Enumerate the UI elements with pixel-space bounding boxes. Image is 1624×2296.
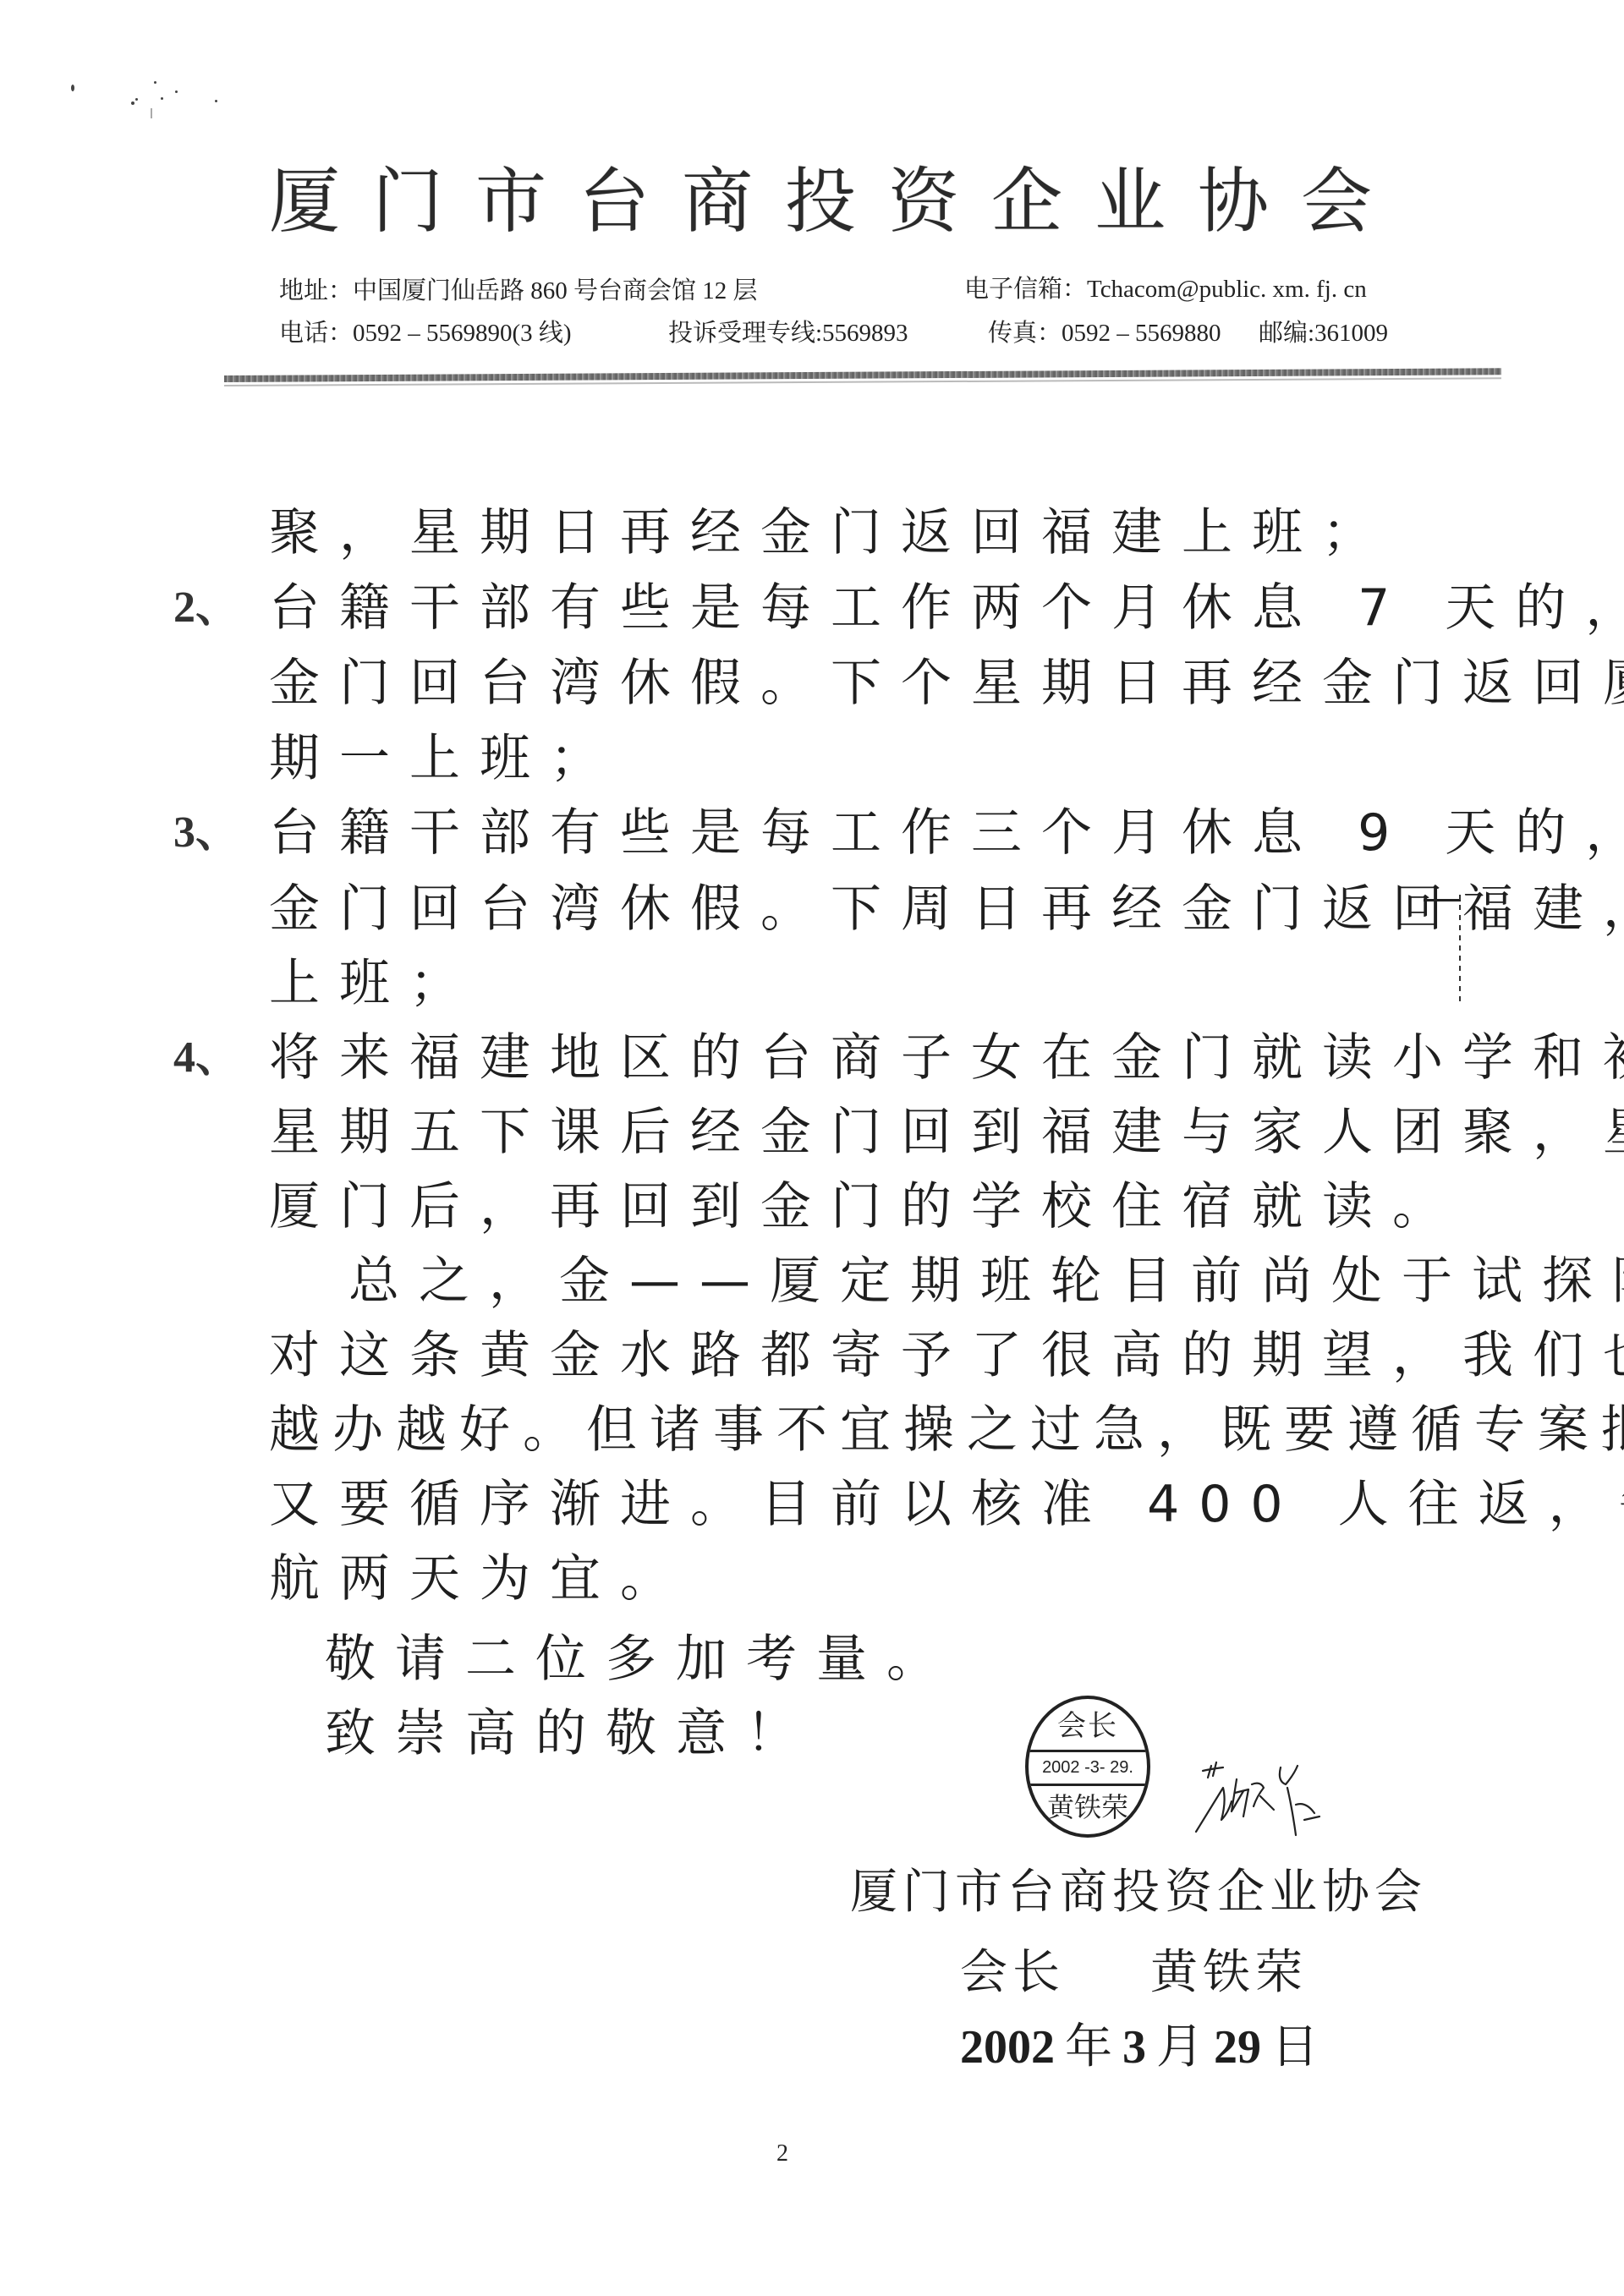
stamp-title: 会长 (1029, 1709, 1147, 1743)
scan-speck (71, 85, 74, 91)
signoff-role: 会长 (960, 1945, 1065, 2001)
closing-line: 致崇高的敬意！ (325, 1704, 816, 1763)
date-day: 29 (1214, 2021, 1261, 2074)
body-line: 又要循序渐进。目前以核准 400 人往返，每周五和周日直 (269, 1475, 1624, 1534)
stamp-name: 黄铁荣 (1029, 1790, 1147, 1824)
date-year: 2002 (960, 2021, 1055, 2074)
scan-speck (131, 101, 134, 105)
scan-speck (175, 90, 178, 93)
body-line: 台籍干部有些是每工作两个月休息 7 天的，可以在周日经 (269, 578, 1624, 638)
signoff-date: 2002年3月29日 (960, 2019, 1329, 2075)
body-line: 聚，星期日再经金门返回福建上班； (269, 503, 1392, 562)
scan-speck (154, 81, 156, 84)
scan-speck (151, 108, 152, 118)
signoff-name: 黄铁荣 (1150, 1945, 1308, 2001)
body-line: 厦门后，再回到金门的学校住宿就读。 (269, 1177, 1462, 1236)
stamp-date: 2002 -3- 29. (1029, 1755, 1147, 1780)
date-month-unit: 月 (1156, 2019, 1204, 2074)
page-number: 2 (776, 2140, 788, 2168)
body-line: 金门回台湾休假。下周日再经金门返回福建，准备星期一 (269, 879, 1624, 939)
letterhead-address: 地址：中国厦门仙岳路 860 号台商会馆 12 层 (279, 276, 758, 306)
date-year-unit: 年 (1065, 2019, 1112, 2074)
closing-line: 敬请二位多加考量。 (325, 1630, 957, 1689)
document-page: 厦门市台商投资企业协会 地址：中国厦门仙岳路 860 号台商会馆 12 层 电子… (0, 0, 1624, 2296)
letterhead-complaint-line: 投诉受理专线:5569893 (668, 318, 908, 348)
letterhead-phone: 电话：0592 – 5569890(3 线) (279, 318, 572, 348)
letterhead-postcode: 邮编:361009 (1259, 318, 1388, 348)
official-seal-stamp: 会长 2002 -3- 29. 黄铁荣 (1025, 1696, 1150, 1838)
margin-mark (1459, 895, 1461, 1005)
body-line: 金门回台湾休假。下个星期日再经金门返回厦门，准备星 (269, 654, 1624, 713)
stamp-divider (1029, 1750, 1147, 1752)
stamp-divider (1029, 1784, 1147, 1786)
body-line: 台籍干部有些是每工作三个月休息 9 天的，可以在周五经 (269, 803, 1624, 863)
letterhead-email: 电子信箱：Tchacom@public. xm. fj. cn (964, 274, 1367, 304)
signoff-organization: 厦门市台商投资企业协会 (850, 1865, 1427, 1921)
scan-speck (215, 100, 217, 102)
body-line: 总之，金——厦定期班轮目前尚处于试探阶段，两岸 (348, 1252, 1624, 1311)
body-line: 航两天为宜。 (269, 1549, 690, 1608)
body-line: 期一上班； (269, 729, 620, 788)
date-month: 3 (1122, 2021, 1146, 2074)
margin-mark (1424, 899, 1461, 901)
body-line: 对这条黄金水路都寄予了很高的期望，我们也相信一定会 (269, 1326, 1624, 1385)
body-line: 上班； (269, 954, 480, 1013)
letterhead-fax: 传真：0592 – 5569880 (988, 318, 1221, 348)
list-number: 3、 (173, 803, 239, 863)
handwritten-signature (1193, 1751, 1328, 1852)
scan-speck (135, 98, 138, 101)
list-number: 2、 (173, 578, 239, 638)
list-number: 4、 (173, 1028, 239, 1088)
date-day-unit: 日 (1271, 2019, 1319, 2074)
body-line: 越办越好。但诸事不宜操之过急，既要遵循专案批准手续， (269, 1400, 1624, 1460)
letterhead-title: 厦门市台商投资企业协会 (269, 159, 1453, 244)
body-line: 将来福建地区的台商子女在金门就读小学和初中，可以在 (269, 1028, 1624, 1088)
body-line: 星期五下课后经金门回到福建与家人团聚，星期日集中到 (269, 1103, 1624, 1162)
scan-speck (161, 97, 163, 100)
